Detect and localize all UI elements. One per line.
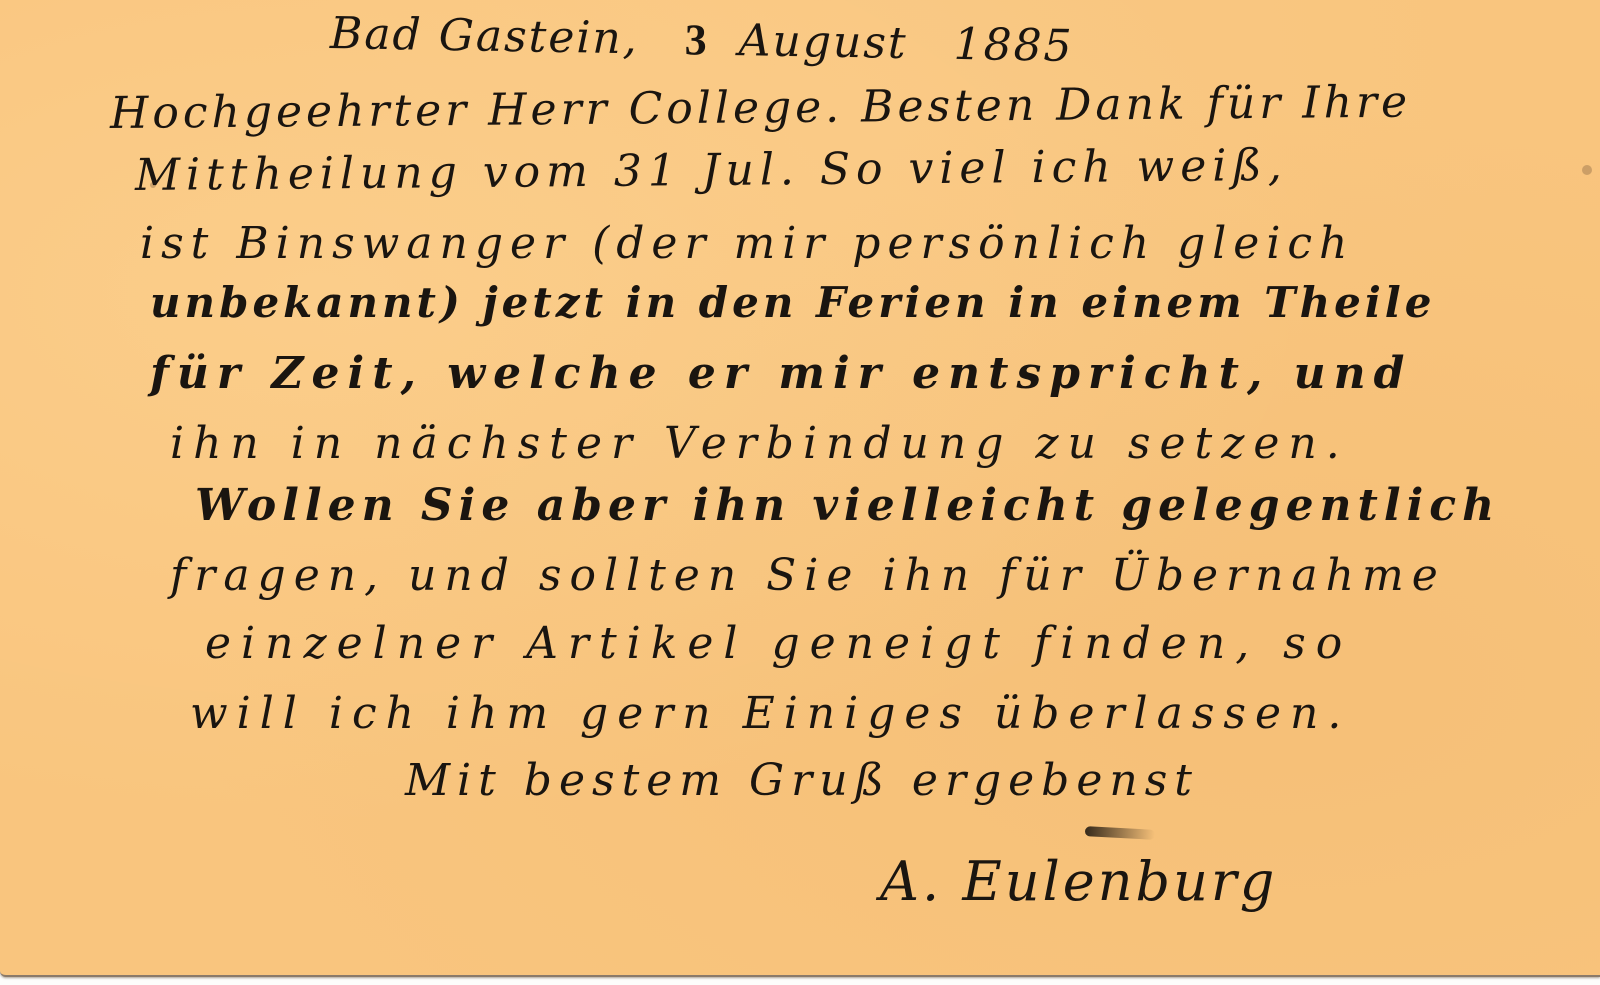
body-line-5: für Zeit, welche er mir entspricht, und <box>150 348 1412 399</box>
ink-smudge <box>1085 826 1155 840</box>
date-day: 3 <box>684 15 709 64</box>
body-line-8: fragen, und sollten Sie ihn für Übernahm… <box>170 550 1446 601</box>
closing-line: Mit bestem Gruß ergebenst <box>405 755 1199 806</box>
paper-stain <box>1582 165 1592 175</box>
date-place: Bad Gastein, <box>330 8 640 64</box>
letter-date: Bad Gastein, 3 August 1885 <box>330 8 1074 72</box>
body-line-2: Mittheilung vom 31 Jul. So viel ich weiß… <box>135 140 1288 201</box>
body-line-6: ihn in nächster Verbindung zu setzen. <box>170 418 1349 469</box>
date-year: 1885 <box>953 19 1074 72</box>
body-line-3: ist Binswanger (der mir persönlich gleic… <box>140 218 1354 269</box>
postcard: Bad Gastein, 3 August 1885 Hochgeehrter … <box>0 0 1600 977</box>
body-line-1: Hochgeehrter Herr College. Besten Dank f… <box>110 77 1412 139</box>
body-line-7: Wollen Sie aber ihn vielleicht gelegentl… <box>195 480 1500 531</box>
signature: A. Eulenburg <box>880 850 1277 913</box>
date-month: August <box>738 15 908 69</box>
body-line-10: will ich ihm gern Einiges überlassen. <box>190 688 1350 739</box>
body-line-9: einzelner Artikel geneigt finden, so <box>205 618 1352 669</box>
body-line-4: unbekannt) jetzt in den Ferien in einem … <box>150 278 1435 327</box>
